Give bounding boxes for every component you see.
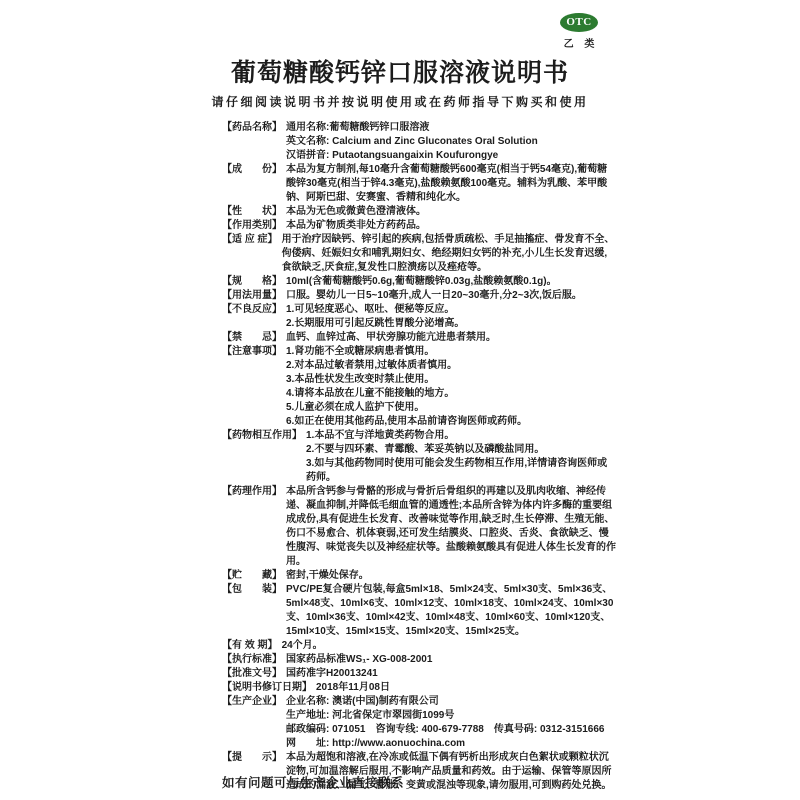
section-content: 1.本品不宜与洋地黄类药物合用。2.不要与四环素、青霉酸、苯妥英钠以及磷酸盐同用… (306, 429, 616, 485)
footer-contact-note: 如有问题可与生产企业直接联系 (222, 773, 404, 791)
section-label: 【药理作用】 (222, 485, 282, 499)
otc-logo-icon: OTC (560, 13, 598, 32)
section-content: 口服。婴幼儿一日5~10毫升,成人一日20~30毫升,分2~3次,饭后服。 (286, 289, 616, 303)
section-line: 本品所含钙参与骨骼的形成与骨折后骨组织的再建以及肌肉收缩、神经传递、凝血抑制,并… (286, 485, 616, 569)
section-content: PVC/PE复合硬片包装,每盒5ml×18、5ml×24支、5ml×30支、5m… (286, 583, 616, 639)
section-content: 24个月。 (282, 639, 616, 653)
section-content: 国药准字H20013241 (286, 667, 616, 681)
otc-category-label: 乙 类 (557, 35, 601, 50)
section-line: 2.不要与四环素、青霉酸、苯妥英钠以及磷酸盐同用。 (306, 443, 616, 457)
section-line: 10ml(含葡萄糖酸钙0.6g,葡萄糖酸锌0.03g,盐酸赖氨酸0.1g)。 (286, 275, 616, 289)
section-manufacturer: 【生产企业】企业名称: 澳诺(中国)制药有限公司生产地址: 河北省保定市翠园街1… (222, 695, 616, 751)
section-label: 【适 应 症】 (222, 233, 278, 247)
section-content: 企业名称: 澳诺(中国)制药有限公司生产地址: 河北省保定市翠园街1099号邮政… (286, 695, 616, 751)
section-line: 生产地址: 河北省保定市翠园街1099号 (286, 709, 616, 723)
section-label: 【用法用量】 (222, 289, 282, 303)
section-revision-date: 【说明书修订日期】2018年11月08日 (222, 681, 616, 695)
section-line: 1.本品不宜与洋地黄类药物合用。 (306, 429, 616, 443)
section-line: 本品为复方制剂,每10毫升含葡萄糖酸钙600毫克(相当于钙54毫克),葡萄糖酸锌… (286, 163, 616, 205)
section-line: 邮政编码: 071051 咨询专线: 400-679-7788 传真号码: 03… (286, 723, 616, 737)
section-line: 3.本品性状发生改变时禁止使用。 (286, 373, 616, 387)
section-dosage: 【用法用量】口服。婴幼儿一日5~10毫升,成人一日20~30毫升,分2~3次,饭… (222, 289, 616, 303)
section-approval-number: 【批准文号】国药准字H20013241 (222, 667, 616, 681)
section-line: 国药准字H20013241 (286, 667, 616, 681)
section-line: 3.如与其他药物同时使用可能会发生药物相互作用,详情请咨询医师或药师。 (306, 457, 616, 485)
section-line: 1.可见轻度恶心、呕吐、便秘等反应。 (286, 303, 616, 317)
section-precautions: 【注意事项】1.肾功能不全或糖尿病患者慎用。2.对本品过敏者禁用,过敏体质者慎用… (222, 345, 616, 429)
section-storage: 【贮 藏】密封,干燥处保存。 (222, 569, 616, 583)
section-label: 【规 格】 (222, 275, 282, 289)
section-label: 【提 示】 (222, 751, 282, 765)
section-content: 本品为矿物质类非处方药药品。 (286, 219, 616, 233)
section-label: 【执行标准】 (222, 653, 282, 667)
section-label: 【注意事项】 (222, 345, 282, 359)
section-line: 英文名称: Calcium and Zinc Gluconates Oral S… (286, 135, 616, 149)
section-drug-name: 【药品名称】通用名称:葡萄糖酸钙锌口服溶液英文名称: Calcium and Z… (222, 121, 616, 163)
section-line: 口服。婴幼儿一日5~10毫升,成人一日20~30毫升,分2~3次,饭后服。 (286, 289, 616, 303)
section-line: 汉语拼音: Putaotangsuangaixin Koufurongye (286, 149, 616, 163)
section-content: 国家药品标准WS₁- XG-008-2001 (286, 653, 616, 667)
section-line: 用于治疗因缺钙、锌引起的疾病,包括骨质疏松、手足抽搐症、骨发育不全、佝偻病、妊娠… (282, 233, 616, 275)
section-adverse-reactions: 【不良反应】1.可见轻度恶心、呕吐、便秘等反应。2.长期服用可引起反跳性胃酸分泌… (222, 303, 616, 331)
section-content: 通用名称:葡萄糖酸钙锌口服溶液英文名称: Calcium and Zinc Gl… (286, 121, 616, 163)
section-line: 本品为无色或微黄色澄清液体。 (286, 205, 616, 219)
section-line: 2018年11月08日 (316, 681, 616, 695)
leaflet-page: OTC 乙 类 葡萄糖酸钙锌口服溶液说明书 请仔细阅读说明书并按说明使用或在药师… (0, 0, 800, 800)
section-line: 通用名称:葡萄糖酸钙锌口服溶液 (286, 121, 616, 135)
section-action-category: 【作用类别】本品为矿物质类非处方药药品。 (222, 219, 616, 233)
section-strength: 【规 格】10ml(含葡萄糖酸钙0.6g,葡萄糖酸锌0.03g,盐酸赖氨酸0.1… (222, 275, 616, 289)
section-label: 【批准文号】 (222, 667, 282, 681)
section-label: 【有 效 期】 (222, 639, 278, 653)
section-label: 【不良反应】 (222, 303, 282, 317)
section-line: 本品为矿物质类非处方药药品。 (286, 219, 616, 233)
section-label: 【药物相互作用】 (222, 429, 302, 443)
section-line: 企业名称: 澳诺(中国)制药有限公司 (286, 695, 616, 709)
section-label: 【性 状】 (222, 205, 282, 219)
section-line: 网 址: http://www.aonuochina.com (286, 737, 616, 751)
section-label: 【贮 藏】 (222, 569, 282, 583)
section-label: 【禁 忌】 (222, 331, 282, 345)
section-drug-interactions: 【药物相互作用】1.本品不宜与洋地黄类药物合用。2.不要与四环素、青霉酸、苯妥英… (222, 429, 616, 485)
section-label: 【药品名称】 (222, 121, 282, 135)
section-line: 1.肾功能不全或糖尿病患者慎用。 (286, 345, 616, 359)
section-content: 10ml(含葡萄糖酸钙0.6g,葡萄糖酸锌0.03g,盐酸赖氨酸0.1g)。 (286, 275, 616, 289)
section-content: 血钙、血锌过高、甲状旁腺功能亢进患者禁用。 (286, 331, 616, 345)
section-label: 【作用类别】 (222, 219, 282, 233)
section-content: 1.可见轻度恶心、呕吐、便秘等反应。2.长期服用可引起反跳性胃酸分泌增高。 (286, 303, 616, 331)
section-label: 【包 装】 (222, 583, 282, 597)
section-line: 密封,干燥处保存。 (286, 569, 616, 583)
sections-container: 【药品名称】通用名称:葡萄糖酸钙锌口服溶液英文名称: Calcium and Z… (222, 121, 616, 793)
section-indications: 【适 应 症】用于治疗因缺钙、锌引起的疾病,包括骨质疏松、手足抽搐症、骨发育不全… (222, 233, 616, 275)
section-content: 本品为复方制剂,每10毫升含葡萄糖酸钙600毫克(相当于钙54毫克),葡萄糖酸锌… (286, 163, 616, 205)
page-title: 葡萄糖酸钙锌口服溶液说明书 (0, 53, 800, 89)
section-line: PVC/PE复合硬片包装,每盒5ml×18、5ml×24支、5ml×30支、5m… (286, 583, 616, 639)
section-line: 24个月。 (282, 639, 616, 653)
section-content: 用于治疗因缺钙、锌引起的疾病,包括骨质疏松、手足抽搐症、骨发育不全、佝偻病、妊娠… (282, 233, 616, 275)
section-line: 4.请将本品放在儿童不能接触的地方。 (286, 387, 616, 401)
section-pharmacology: 【药理作用】本品所含钙参与骨骼的形成与骨折后骨组织的再建以及肌肉收缩、神经传递、… (222, 485, 616, 569)
section-line: 5.儿童必须在成人监护下使用。 (286, 401, 616, 415)
section-contraindications: 【禁 忌】血钙、血锌过高、甲状旁腺功能亢进患者禁用。 (222, 331, 616, 345)
section-content: 本品为无色或微黄色澄清液体。 (286, 205, 616, 219)
section-label: 【说明书修订日期】 (222, 681, 312, 695)
section-content: 本品所含钙参与骨骼的形成与骨折后骨组织的再建以及肌肉收缩、神经传递、凝血抑制,并… (286, 485, 616, 569)
section-line: 国家药品标准WS₁- XG-008-2001 (286, 653, 616, 667)
section-package: 【包 装】PVC/PE复合硬片包装,每盒5ml×18、5ml×24支、5ml×3… (222, 583, 616, 639)
section-label: 【生产企业】 (222, 695, 282, 709)
page-subtitle: 请仔细阅读说明书并按说明使用或在药师指导下购买和使用 (0, 93, 800, 110)
section-content: 密封,干燥处保存。 (286, 569, 616, 583)
section-line: 6.如正在使用其他药品,使用本品前请咨询医师或药师。 (286, 415, 616, 429)
section-shelf-life: 【有 效 期】24个月。 (222, 639, 616, 653)
section-line: 2.对本品过敏者禁用,过敏体质者慎用。 (286, 359, 616, 373)
section-content: 2018年11月08日 (316, 681, 616, 695)
section-line: 血钙、血锌过高、甲状旁腺功能亢进患者禁用。 (286, 331, 616, 345)
otc-badge: OTC 乙 类 (557, 13, 601, 50)
section-label: 【成 份】 (222, 163, 282, 177)
section-standard: 【执行标准】国家药品标准WS₁- XG-008-2001 (222, 653, 616, 667)
section-description: 【性 状】本品为无色或微黄色澄清液体。 (222, 205, 616, 219)
section-ingredients: 【成 份】本品为复方制剂,每10毫升含葡萄糖酸钙600毫克(相当于钙54毫克),… (222, 163, 616, 205)
section-line: 2.长期服用可引起反跳性胃酸分泌增高。 (286, 317, 616, 331)
section-content: 1.肾功能不全或糖尿病患者慎用。2.对本品过敏者禁用,过敏体质者慎用。3.本品性… (286, 345, 616, 429)
